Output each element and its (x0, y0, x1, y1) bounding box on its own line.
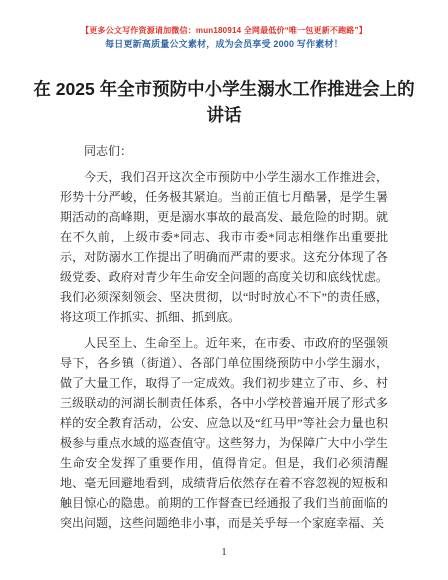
page-number: 1 (0, 546, 448, 558)
ad-line-blue: 每日更新高质量公文素材，成为会员享受 2000 写作素材！ (0, 38, 448, 51)
body-paragraph-1: 今天，我们召开这次全市预防中小学生溺水工作推进会，形势十分严峻，任务极其紧迫。当… (60, 167, 388, 327)
body-paragraph-2: 人民至上、生命至上。近年来，在市委、市政府的坚强领导下，各乡镇（街道）、各部门单… (60, 333, 388, 533)
ad-banner: 【更多公文写作资源请加微信：mun180914 全网最低价“唯一包更新不跑路”】… (0, 0, 448, 51)
document-page: 【更多公文写作资源请加微信：mun180914 全网最低价“唯一包更新不跑路”】… (0, 0, 448, 580)
salutation-paragraph: 同志们： (60, 141, 388, 161)
ad-line-red: 【更多公文写作资源请加微信：mun180914 全网最低价“唯一包更新不跑路”】 (0, 25, 448, 36)
document-title: 在 2025 年全市预防中小学生溺水工作推进会上的讲话 (33, 76, 415, 128)
document-body: 同志们： 今天，我们召开这次全市预防中小学生溺水工作推进会，形势十分严峻，任务极… (60, 141, 388, 533)
